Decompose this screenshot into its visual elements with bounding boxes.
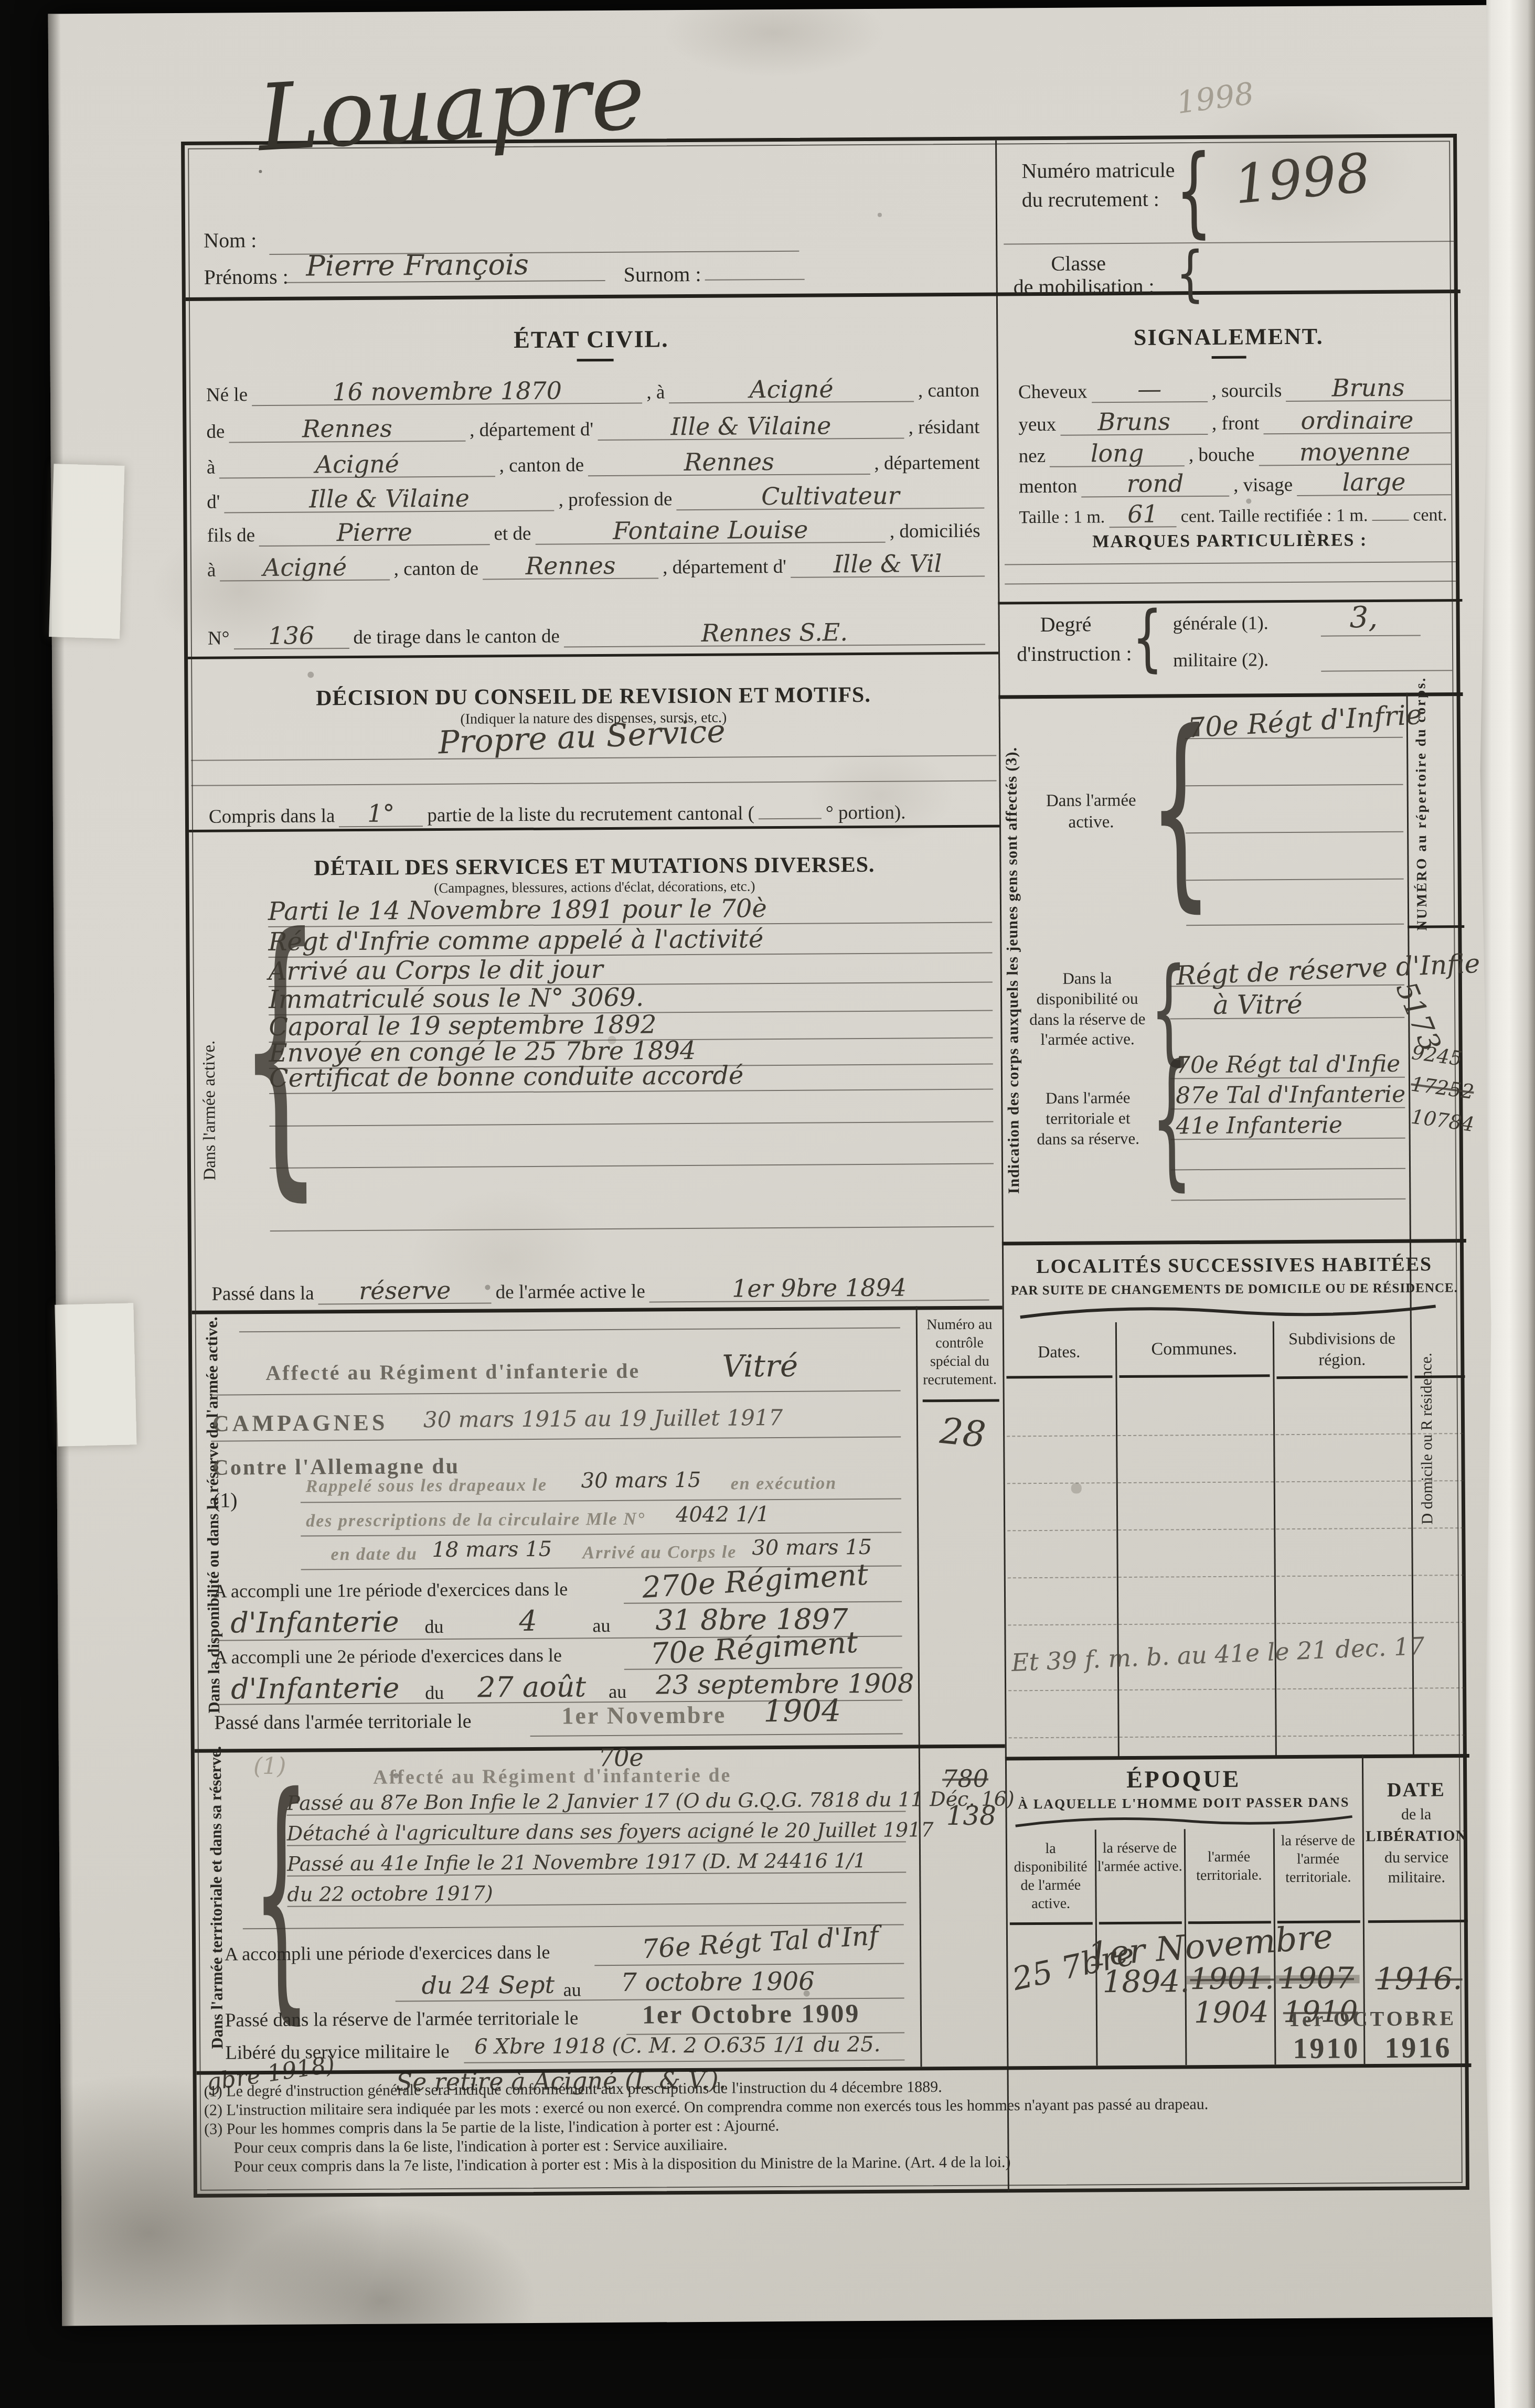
- corps-bottom-rule: [1002, 1239, 1466, 1245]
- rappel-3b: 18 mars 15: [432, 1537, 552, 1562]
- signalement-title: SIGNALEMENT.: [996, 322, 1461, 351]
- parents-canton-value: Rennes: [483, 552, 658, 580]
- militaire-label: militaire (2).: [1173, 648, 1268, 671]
- rappel-3d: 30 mars 15: [752, 1535, 872, 1560]
- front-label: , front: [1212, 412, 1260, 435]
- service-line-1: Parti le 14 Novembre 1891 pour le 70è: [268, 893, 992, 927]
- departement2-label: , département: [874, 452, 980, 475]
- service-blank-3: [270, 1226, 994, 1232]
- marques-label: MARQUES PARTICULIÈRES :: [998, 530, 1462, 552]
- passe-territoriale-line: [530, 1733, 903, 1737]
- etat-civil-bottom-rule: [188, 651, 998, 659]
- tape-repair-bottom: [55, 1303, 136, 1446]
- band3-line-1: Passé au 87e Bon Infie le 2 Janvier 17 (…: [286, 1788, 905, 1816]
- periode1-infanterie: d'Infanterie: [230, 1605, 399, 1639]
- yeux-value: Bruns: [1060, 409, 1208, 436]
- taille-label-3: cent.: [1413, 505, 1447, 525]
- passe-label-2: de l'armée active le: [496, 1280, 645, 1304]
- et-de-label: et de: [494, 522, 531, 545]
- band3-periode-au: au: [563, 1978, 581, 2000]
- epoque-reserve-terr-old: 1907: [1279, 1961, 1354, 1996]
- epoque-col3-header: l'armée territoriale.: [1186, 1847, 1272, 1885]
- header-bottom-rule: [186, 290, 1461, 301]
- canton-de2-label: , canton de: [394, 558, 479, 581]
- footnote-3: (3) Pour les hommes compris dans la 5e p…: [204, 2117, 779, 2138]
- band3-periode-label: A accompli une période d'exercices dans …: [225, 1941, 550, 1965]
- localites-bottom-rule: [1005, 1754, 1469, 1760]
- band3-passe-value: 1er Octobre 1909: [642, 1998, 860, 2030]
- matricule-label-2: du recrutement :: [1022, 187, 1159, 212]
- band3-periode-end: 7 octobre 1906: [621, 1967, 815, 1997]
- classe-label-1: Classe: [1051, 251, 1106, 276]
- band2-line-1: [211, 1390, 901, 1396]
- taille-label-2: cent. Taille rectifiée : 1 m.: [1181, 506, 1368, 527]
- decision-title: DÉCISION DU CONSEIL DE REVISION ET MOTIF…: [188, 681, 998, 711]
- rappel-2b: 4042 1/1: [676, 1502, 770, 1527]
- terr-entry-2: 87e Tal d'Infanterie: [1176, 1081, 1405, 1109]
- periode1-regiment: 270e Régiment: [641, 1558, 869, 1605]
- band3-passe-label: Passé dans la réserve de l'armée territo…: [225, 2007, 579, 2031]
- col-dr-header: D domicile ou R résidence.: [1417, 1328, 1437, 1548]
- matricule-rule: [1004, 241, 1455, 244]
- etat-civil-row-5: fils de Pierre et de Fontaine Louise , d…: [202, 516, 984, 547]
- epoque-squiggle: [1014, 1812, 1355, 1830]
- date-label-5: militaire.: [1364, 1868, 1469, 1887]
- residant-label: , résidant: [909, 416, 980, 439]
- profession-label: , profession de: [558, 488, 672, 511]
- cheveux-label: Cheveux: [1018, 380, 1088, 403]
- birth-date-value: 16 novembre 1870: [252, 378, 643, 406]
- prenoms-value: Pierre François: [306, 248, 529, 283]
- etat-civil-row-1: Né le 16 novembre 1870 , à Acigné , cant…: [202, 376, 984, 406]
- col-subdivisions-header: Subdivisions de région.: [1277, 1328, 1407, 1371]
- localites-row-line-5: [1008, 1622, 1464, 1625]
- epoque-col2-header: la réserve de l'armée active.: [1096, 1838, 1183, 1876]
- de-label: de: [206, 420, 225, 443]
- localites-header-rule-1: [1006, 1375, 1112, 1378]
- periode2-start: 27 août: [477, 1670, 586, 1704]
- band2-line-2: [211, 1437, 901, 1442]
- controle-header: Numéro au contrôle spécial du recrutemen…: [920, 1315, 999, 1389]
- domicilies-label: , domiciliés: [890, 520, 980, 543]
- sourcils-value: Bruns: [1286, 374, 1451, 402]
- passe-territoriale-label: Passé dans l'armée territoriale le: [214, 1710, 471, 1735]
- localites-divider-1: [1115, 1322, 1120, 1757]
- departement3-label: , département d': [663, 555, 786, 579]
- surnom-line: [705, 279, 805, 281]
- sourcils-label: , sourcils: [1212, 379, 1282, 402]
- localites-row-line-2: [1007, 1480, 1464, 1484]
- corps-vertical-label: Indication des corps auxquels les jeunes…: [1003, 700, 1024, 1240]
- footnote-4: Pour ceux compris dans la 6e liste, l'in…: [233, 2136, 727, 2157]
- bouche-label: , bouche: [1189, 443, 1255, 466]
- generale-line: [1321, 635, 1421, 637]
- rappel-1c: en exécution: [731, 1473, 837, 1494]
- scanned-photo: 1998 Louapre Nom : Prénoms : Pierre Fran…: [0, 0, 1535, 2408]
- taille-rectifiee-blank: [1372, 520, 1409, 521]
- menton-label: menton: [1019, 475, 1077, 498]
- date-label-3: LIBÉRATION: [1364, 1827, 1469, 1845]
- service-blank-2: [270, 1163, 994, 1169]
- epoque-col4-header: la réserve de l'armée territoriale.: [1275, 1831, 1362, 1887]
- stamp-1916: 1916: [1384, 2031, 1452, 2065]
- etat-civil-row-6: à Acigné , canton de Rennes , départemen…: [203, 551, 985, 582]
- active-line-3: [1186, 831, 1403, 834]
- matricule-value: 1998: [1232, 142, 1373, 217]
- signalement-row-2: yeux Bruns , front ordinaire: [1014, 407, 1451, 436]
- band3-margin-struck: 780: [942, 1764, 988, 1793]
- periode2-infanterie: d'Infanterie: [231, 1671, 400, 1705]
- rappel-line-1: [301, 1499, 901, 1503]
- marques-line-2: [1005, 581, 1456, 584]
- localites-row-line-1: [1007, 1433, 1463, 1437]
- portion-blank: [759, 818, 822, 820]
- nez-value: long: [1050, 440, 1185, 467]
- a3-label: à: [207, 559, 216, 582]
- nez-label: nez: [1019, 445, 1046, 467]
- degre-bottom-rule: [999, 692, 1463, 699]
- etat-civil-title-underline: [577, 359, 614, 361]
- epoque-liberation-old: 1916.: [1375, 1961, 1462, 1997]
- service-line-7: Certificat de bonne conduite accordé: [269, 1059, 993, 1094]
- rappel-1b: 30 mars 15: [581, 1468, 701, 1493]
- decision-line-1: [191, 755, 996, 761]
- localites-row-line-6: [1008, 1687, 1465, 1691]
- service-blank-1: [270, 1121, 994, 1127]
- localites-row-line-3: [1007, 1527, 1464, 1531]
- terr-num-3: 10784: [1410, 1105, 1476, 1136]
- armee-active-vertical-label: Dans l'armée active.: [199, 964, 220, 1257]
- controle-value: 28: [938, 1410, 987, 1456]
- visage-value: large: [1297, 469, 1451, 496]
- numero-column-rule: [1408, 925, 1464, 928]
- departement-label: , département d': [470, 418, 593, 441]
- band2-note-mark: (1): [213, 1487, 238, 1512]
- profession-value: Cultivateur: [676, 483, 984, 511]
- date-label-4: du service: [1364, 1848, 1469, 1867]
- epoque-terr-new: 1904: [1194, 1995, 1269, 2030]
- signalement-row-3: nez long , bouche moyenne: [1015, 438, 1451, 467]
- date-label-2: de la: [1363, 1805, 1468, 1824]
- residence-value: Acigné: [219, 451, 495, 479]
- passe-label-1: Passé dans la: [211, 1282, 314, 1305]
- libere-label: Libéré du service militaire le: [225, 2040, 450, 2064]
- band3-affecte-stamp: Affecté au Régiment d'infanterie de: [373, 1764, 732, 1789]
- document-page: 1998 Louapre Nom : Prénoms : Pierre Fran…: [48, 5, 1515, 2326]
- passe-reserve-value: réserve: [318, 1277, 492, 1304]
- periode1-start: 4: [519, 1604, 537, 1638]
- localites-row-line-7: [1009, 1735, 1465, 1738]
- cheveux-value: —: [1091, 376, 1207, 403]
- localites-note: Et 39 f. m. b. au 41e le 21 dec. 17: [1011, 1632, 1425, 1677]
- band3-line-4: du 22 octobre 1917): [287, 1879, 906, 1907]
- controle-column-divider: [916, 1306, 922, 2067]
- fils-de-label: fils de: [207, 524, 255, 547]
- compris-label-2: partie de la liste du recrutement canton…: [427, 802, 754, 827]
- taille-value: 61: [1109, 501, 1177, 528]
- degre-label-2: d'instruction :: [1017, 641, 1132, 666]
- localites-header-rule-4: [1414, 1375, 1465, 1378]
- campagnes-stamp: CAMPAGNES: [212, 1409, 388, 1437]
- band3-affecte-insert: 70e: [599, 1743, 644, 1772]
- epoque-title: ÉPOQUE: [1005, 1764, 1362, 1794]
- periode2-label: A accompli une 2e période d'exercices da…: [214, 1644, 562, 1668]
- compris-label-3: ° portion).: [826, 801, 906, 825]
- nom-label: Nom :: [204, 228, 257, 253]
- passe-reserve-row: Passé dans la réserve de l'armée active …: [207, 1275, 989, 1305]
- etat-civil-row-2: de Rennes , département d' Ille & Vilain…: [202, 412, 984, 443]
- epoque-reserve-value: 1894.: [1102, 1963, 1189, 1999]
- stamp-octobre: 1er OCTOBRE: [1274, 2006, 1471, 2031]
- band3-periode-start: du 24 Sept: [421, 1971, 555, 2000]
- compris-value: 1°: [339, 800, 423, 827]
- d-label: d': [207, 491, 220, 513]
- epoque-terr-old: 1901.: [1190, 1962, 1274, 1996]
- epoque-col1-header: la disponibilité de l'armée active.: [1007, 1839, 1094, 1913]
- band3-periode-line-1: [594, 1963, 904, 1966]
- epoque-subtitle: À LAQUELLE L'HOMME DOIT PASSER DANS: [1005, 1794, 1362, 1812]
- band3-line-2: Détaché à l'agriculture dans ses foyers …: [287, 1818, 906, 1846]
- periode1-label: A accompli une 1re période d'exercices d…: [214, 1578, 568, 1602]
- terr-num-1: 9245: [1410, 1041, 1464, 1070]
- surnom-label: Surnom :: [623, 262, 701, 287]
- dispo-place-value: à Vitré: [1213, 989, 1303, 1020]
- epoque-header-rule-5: [1368, 1920, 1468, 1923]
- a-label: , à: [646, 381, 665, 403]
- epoque-header-rule-2: [1099, 1921, 1182, 1924]
- decision-line-2: [191, 780, 997, 786]
- localites-row-line-4: [1008, 1575, 1464, 1578]
- birth-departement-value: Ille & Vilaine: [598, 413, 904, 441]
- classe-label-2: de mobilisation :: [1014, 274, 1155, 299]
- services-bottom-rule: [192, 1305, 1003, 1314]
- generale-value: 3,: [1349, 601, 1378, 635]
- birth-canton-value: Rennes: [229, 415, 465, 443]
- rappel-2a: des prescriptions de la circulaire Mle N…: [306, 1510, 645, 1532]
- tirage-label: de tirage dans le canton de: [353, 625, 560, 649]
- generale-label: générale (1).: [1173, 612, 1268, 634]
- marques-line-1: [1005, 561, 1456, 565]
- classe-brace: {: [1176, 244, 1204, 304]
- controle-header-rule: [923, 1399, 999, 1402]
- affecte-stamp: Affecté au Régiment d'infanterie de: [265, 1358, 640, 1385]
- residence-canton-value: Rennes: [588, 448, 870, 477]
- signalement-row-1: Cheveux — , sourcils Bruns: [1014, 374, 1451, 403]
- campagnes-value: 30 mars 1915 au 19 Juillet 1917: [423, 1405, 783, 1432]
- etat-civil-title: ÉTAT CIVIL.: [186, 323, 996, 355]
- localites-divider-2: [1273, 1321, 1277, 1756]
- footnotes-separator-rule: [197, 2063, 1472, 2075]
- taille-label-1: Taille : 1 m.: [1019, 507, 1105, 528]
- parents-residence-value: Acigné: [220, 554, 390, 582]
- periode2-du: du: [425, 1682, 444, 1704]
- passe-territoriale-year: 1904: [763, 1693, 841, 1729]
- surname-signature: Louapre: [255, 43, 647, 172]
- active-line-2: [1186, 784, 1403, 787]
- numero-label: N°: [208, 627, 230, 649]
- tirage-row: N° 136 de tirage dans le canton de Renne…: [204, 619, 985, 650]
- father-name-value: Pierre: [259, 519, 490, 547]
- compris-label-1: Compris dans la: [209, 805, 335, 828]
- a2-label: à: [207, 456, 216, 479]
- periode1-du: du: [424, 1615, 443, 1638]
- periode1-au: au: [592, 1614, 610, 1636]
- band3-pencil-mark: (1): [253, 1753, 286, 1780]
- band2-blank-top: [239, 1328, 900, 1333]
- footnote-5: Pour ceux compris dans la 7e liste, l'in…: [234, 2153, 1011, 2176]
- localites-squiggle: [1018, 1301, 1438, 1321]
- degre-label-1: Degré: [1040, 612, 1092, 637]
- rappel-3a: en date du: [331, 1544, 418, 1565]
- prenoms-label: Prénoms :: [204, 264, 288, 290]
- band3-periode-regiment: 76e Régt Tal d'Inf: [641, 1920, 879, 1964]
- active-line-4: [1186, 879, 1404, 881]
- stamp-1910: 1910: [1293, 2031, 1360, 2065]
- degre-brace: {: [1132, 602, 1163, 675]
- col-communes-header: Communes.: [1115, 1339, 1273, 1360]
- affecte-value: Vitré: [722, 1348, 798, 1384]
- band3-vertical-label: Dans l'armée territoriale et dans sa rés…: [206, 1786, 227, 2049]
- etat-civil-row-4: d' Ille & Vilaine , profession de Cultiv…: [202, 483, 984, 513]
- active-line-5: [1186, 924, 1404, 926]
- terr-entry-3: 41e Infanterie: [1176, 1111, 1342, 1139]
- signalement-bottom-rule: [998, 599, 1462, 604]
- localites-subtitle: PAR SUITE DE CHANGEMENTS DE DOMICILE OU …: [1002, 1281, 1466, 1298]
- matricule-label-1: Numéro matricule: [1021, 157, 1175, 183]
- localites-header-rule-3: [1276, 1376, 1408, 1379]
- front-value: ordinaire: [1263, 407, 1451, 434]
- menton-value: rond: [1081, 470, 1229, 498]
- epoque-header-rule-1: [1010, 1922, 1093, 1925]
- parents-departement-value: Ille & Vil: [791, 551, 985, 579]
- date-label-1: DATE: [1363, 1778, 1468, 1802]
- territoriale-label: Dans l'armée territoriale et dans sa rés…: [1029, 1088, 1147, 1150]
- armee-active-label: Dans l'armée active.: [1039, 790, 1144, 834]
- terr-line-5: [1171, 1198, 1405, 1201]
- canton-label: , canton: [918, 379, 979, 402]
- compris-row: Compris dans la 1° partie de la liste du…: [205, 797, 986, 828]
- numero-repertoire-label: NUMÉRO au répertoire du corps.: [1413, 700, 1431, 930]
- passe-territoriale-month: 1er Novembre: [561, 1701, 726, 1730]
- signalement-row-4: menton rond , visage large: [1015, 469, 1451, 498]
- terr-line-4: [1171, 1168, 1405, 1171]
- etat-civil-row-3: à Acigné , canton de Rennes , départemen…: [202, 448, 984, 479]
- canton-de-label: , canton de: [499, 454, 584, 477]
- libere-value: 6 Xbre 1918 (C. M. 2 O.635 1/1 du 25.: [474, 2032, 880, 2059]
- rappel-1a: Rappelé sous les drapeaux le: [306, 1475, 547, 1497]
- disponibilite-label: Dans la disponibilité ou dans la réserve…: [1028, 968, 1147, 1050]
- band3-margin-num: 138: [946, 1801, 996, 1832]
- residence-departement-value: Ille & Vilaine: [224, 485, 554, 513]
- yeux-label: yeux: [1018, 413, 1056, 436]
- pencil-matricule-number: 1998: [1175, 76, 1256, 121]
- taille-row: Taille : 1 m. 61 cent. Taille rectifiée …: [1015, 499, 1451, 528]
- localites-header-rule-2: [1119, 1374, 1270, 1378]
- rappel-3c: Arrivé au Corps le: [582, 1543, 737, 1564]
- mother-name-value: Fontaine Louise: [535, 517, 886, 545]
- ne-le-label: Né le: [206, 383, 248, 406]
- militaire-line: [1321, 670, 1452, 672]
- periode2-au: au: [609, 1681, 626, 1703]
- bouche-value: moyenne: [1259, 438, 1451, 466]
- passe-date-value: 1er 9bre 1894: [649, 1275, 989, 1303]
- footnote-1: (1) Le degré d'instruction générale sera…: [204, 2078, 942, 2101]
- terr-entry-1: 70e Régt tal d'Infie: [1176, 1051, 1401, 1079]
- terr-num-2: 17252: [1410, 1072, 1476, 1104]
- tirage-canton-value: Rennes S.E.: [564, 619, 985, 648]
- signalement-title-underline: [1212, 356, 1246, 359]
- libere-line: [464, 2060, 904, 2063]
- birth-place-value: Acigné: [669, 376, 914, 403]
- band3-line-3: Passé au 41e Infie le 21 Novembre 1917 (…: [287, 1849, 906, 1877]
- matricule-brace: {: [1175, 142, 1212, 240]
- form-frame: Louapre Nom : Prénoms : Pierre François …: [181, 134, 1469, 2198]
- col-dates-header: Dates.: [1003, 1342, 1115, 1362]
- tirage-number-value: 136: [233, 623, 349, 650]
- tape-repair-top: [49, 464, 124, 639]
- visage-label: , visage: [1233, 474, 1293, 497]
- localites-title: LOCALITÉS SUCCESSIVES HABITÉES: [1002, 1253, 1466, 1278]
